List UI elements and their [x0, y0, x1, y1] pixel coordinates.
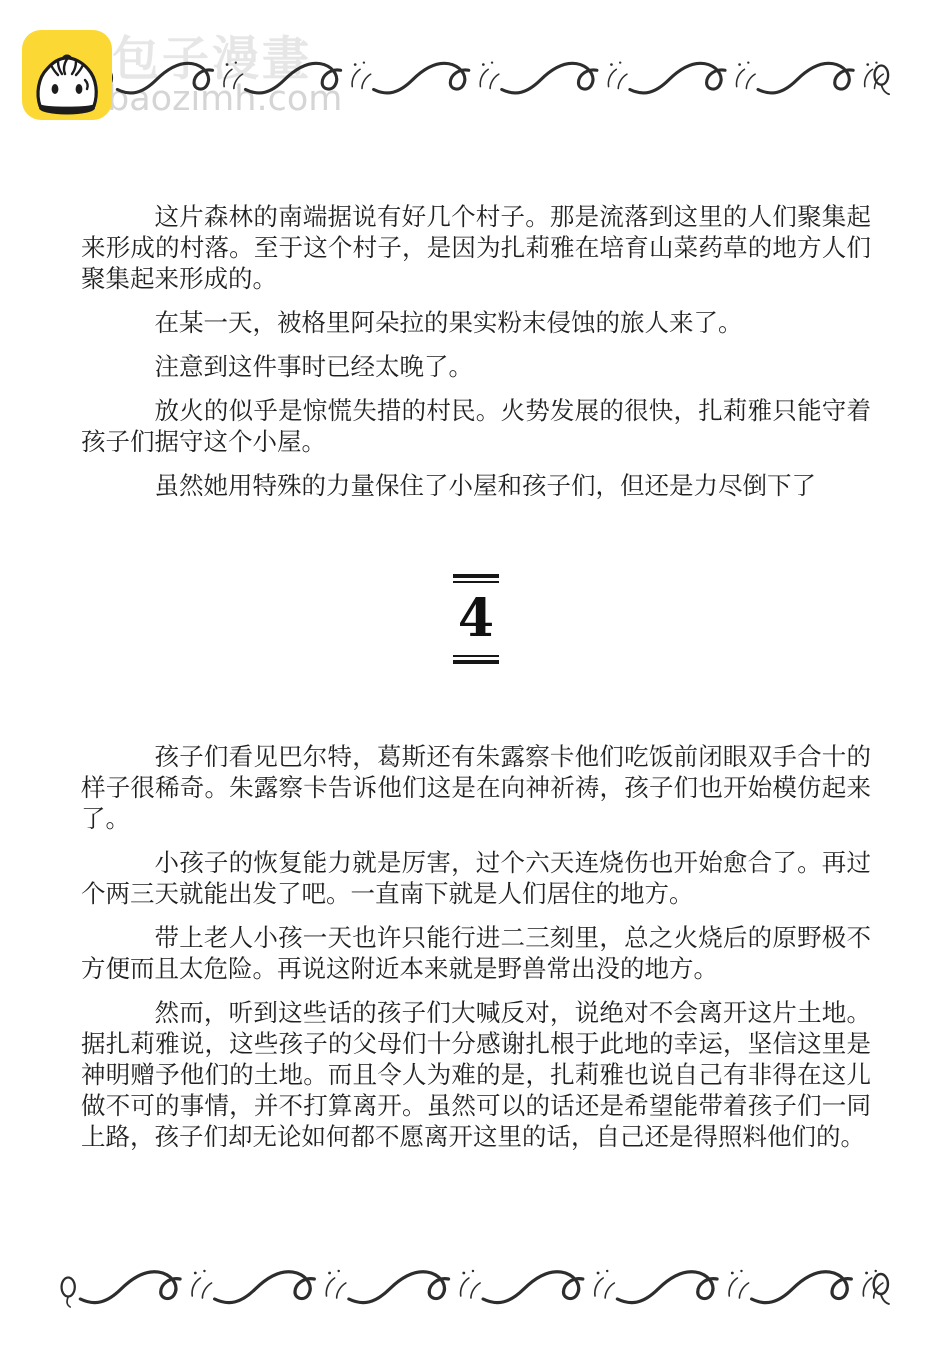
chapter-number: 4 [416, 593, 536, 645]
paragraph: 带上老人小孩一天也许只能行进二三刻里，总之火烧后的原野极不方便而且太危险。再说这… [81, 923, 871, 985]
paragraph: 这片森林的南端据说有好几个村子。那是流落到这里的人们聚集起来形成的村落。至于这个… [81, 202, 871, 295]
paragraph: 小孩子的恢复能力就是厉害，过个六天连烧伤也开始愈合了。再过个两三天就能出发了吧。… [81, 848, 871, 910]
novel-text: 这片森林的南端据说有好几个村子。那是流落到这里的人们聚集起来形成的村落。至于这个… [81, 202, 871, 1166]
paragraph: 放火的似乎是惊慌失措的村民。火势发展的很快，扎莉雅只能守着孩子们据守这个小屋。 [81, 396, 871, 458]
flourish-border-bottom [58, 1262, 892, 1310]
site-logo [22, 30, 112, 120]
chapter-rule-above [453, 574, 499, 583]
novel-reader-page: 包子漫畫 baozimh.com 这片森林的南端据说有好几个村子。那是流落到这里 [0, 0, 952, 1360]
chapter-rule-below [453, 655, 499, 664]
paragraph: 孩子们看见巴尔特，葛斯还有朱露察卡他们吃饭前闭眼双手合十的样子很稀奇。朱露察卡告… [81, 742, 871, 835]
flourish-border-top [96, 54, 892, 100]
paragraph: 注意到这件事时已经太晚了。 [81, 352, 871, 383]
paragraph: 在某一天，被格里阿朵拉的果实粉末侵蚀的旅人来了。 [81, 308, 871, 339]
paragraph: 虽然她用特殊的力量保住了小屋和孩子们，但还是力尽倒下了 [81, 471, 871, 502]
paragraph: 然而，听到这些话的孩子们大喊反对，说绝对不会离开这片土地。据扎莉雅说，这些孩子的… [81, 998, 871, 1153]
baozi-bun-icon [22, 30, 112, 120]
chapter-divider: 4 [416, 574, 536, 664]
